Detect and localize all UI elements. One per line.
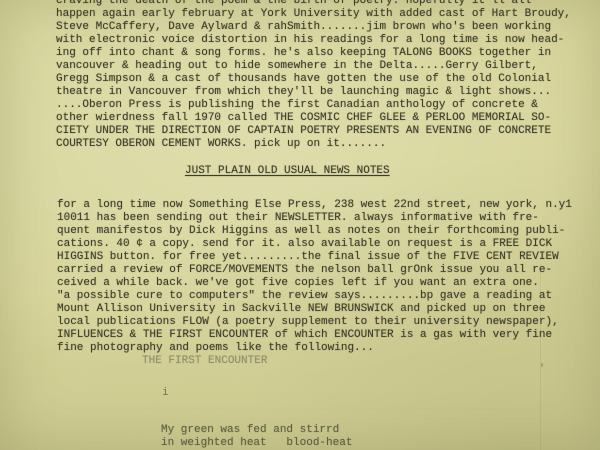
stanza-marker: i	[162, 387, 169, 400]
scan-speck-artifact	[541, 363, 543, 367]
poem-title: THE FIRST ENCOUNTER	[142, 355, 267, 368]
scan-crease-artifact	[540, 265, 541, 450]
section-heading-news-notes: JUST PLAIN OLD USUAL NEWS NOTES	[185, 165, 390, 178]
news-paragraph: for a long time now Something Else Press…	[57, 199, 572, 355]
poem-lines: My green was fed and stirrd in weighted …	[161, 424, 352, 450]
scanned-page: craving the death of the poem & the birt…	[0, 0, 600, 450]
intro-paragraph: craving the death of the poem & the birt…	[56, 0, 571, 151]
